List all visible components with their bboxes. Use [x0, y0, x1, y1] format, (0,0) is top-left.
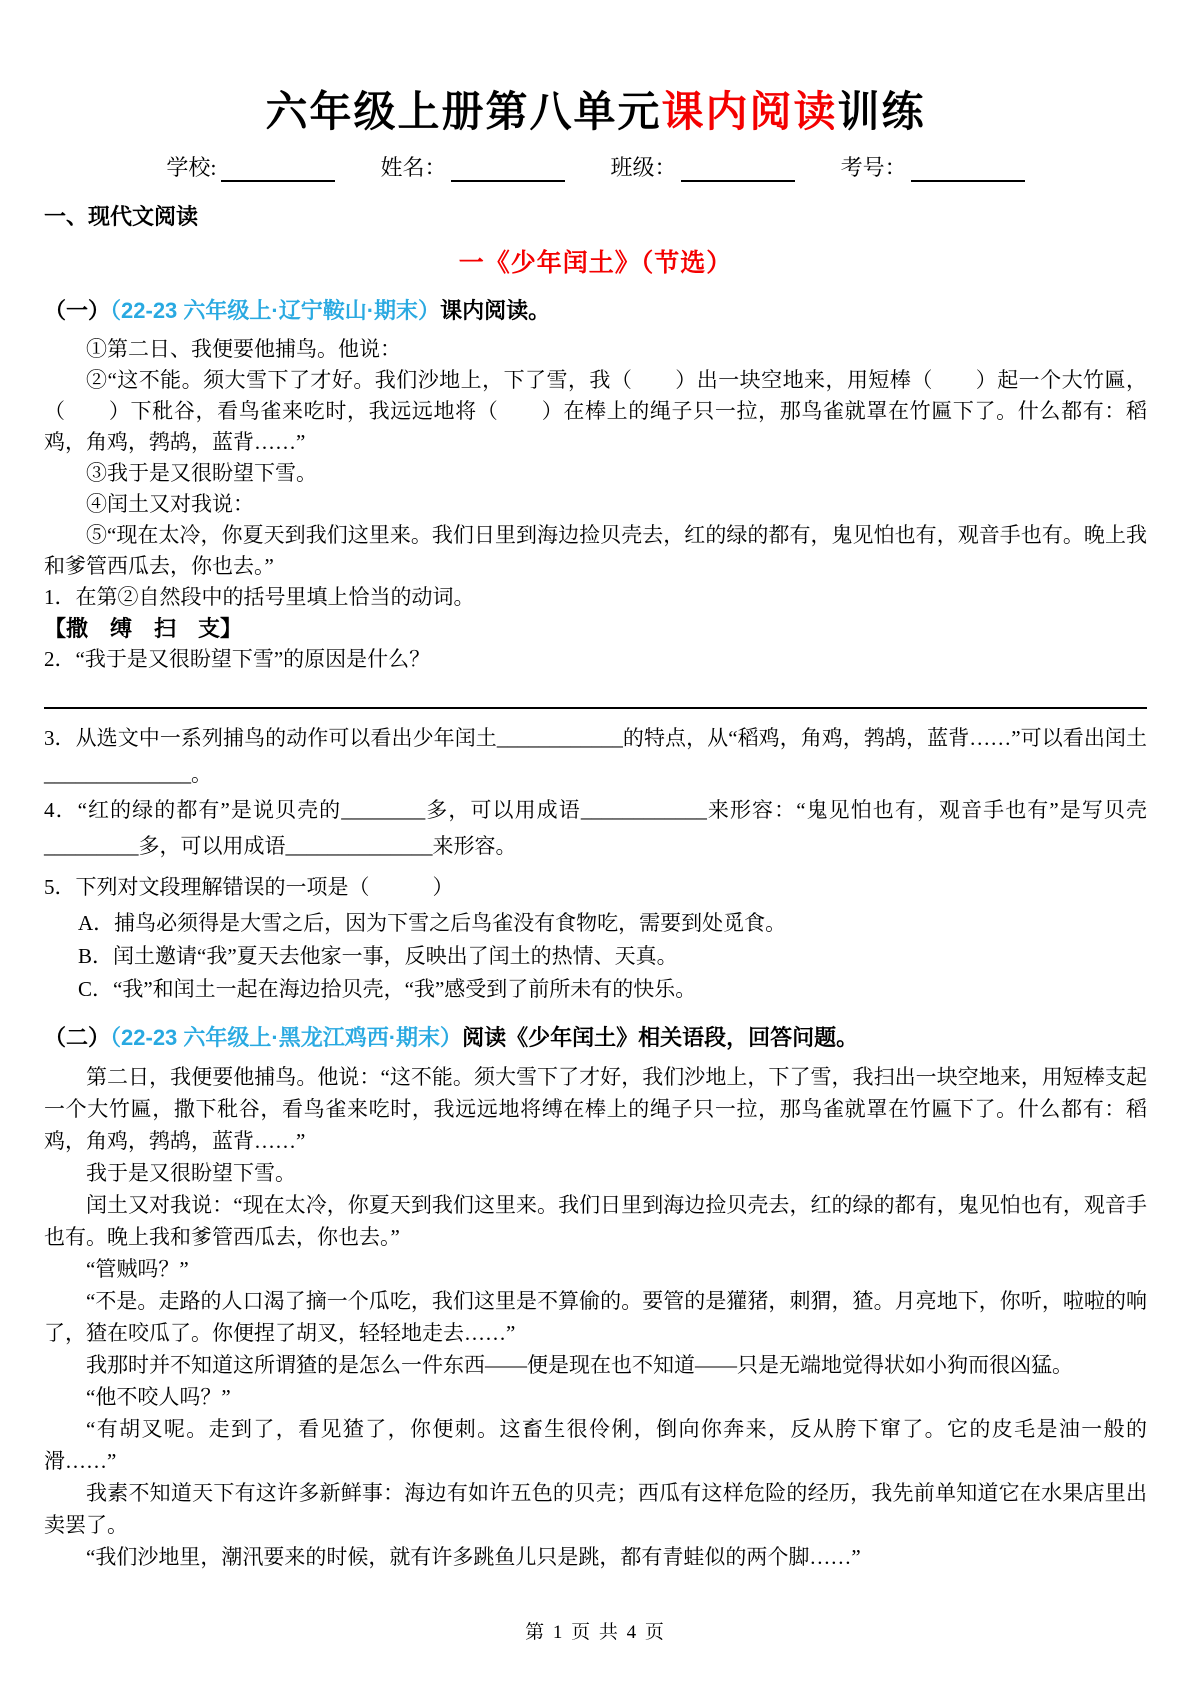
question-5: 5．下列对文段理解错误的一项是（ ） [44, 872, 1147, 903]
part2-header: （二）（22-23 六年级上·黑龙江鸡西·期末）阅读《少年闰土》相关语段，回答问… [44, 1021, 1147, 1052]
page-title-highlight: 课内阅读 [661, 88, 837, 135]
passage-paragraph: ④闰土又对我说： [44, 489, 1147, 520]
page-title-prefix: 六年级上册第八单元 [265, 88, 661, 135]
school-field: 学校: [166, 151, 334, 182]
passage-paragraph: 我那时并不知道这所谓猹的是怎么一件东西——便是现在也不知道——只是无端地觉得状如… [44, 1349, 1147, 1381]
answer-line [44, 707, 1147, 709]
passage-paragraph: “有胡叉呢。走到了，看见猹了，你便刺。这畜生很伶俐，倒向你奔来，反从胯下窜了。它… [44, 1413, 1147, 1477]
passage-paragraph: ③我于是又很盼望下雪。 [44, 458, 1147, 489]
passage-paragraph: “不是。走路的人口渴了摘一个瓜吃，我们这里是不算偷的。要管的是獾猪，刺猬，猹。月… [44, 1285, 1147, 1349]
name-blank [451, 156, 565, 182]
passage-subtitle: 一《少年闰土》（节选） [44, 243, 1147, 279]
passage-paragraph: ①第二日、我便要他捕鸟。他说： [44, 334, 1147, 365]
page-title: 六年级上册第八单元课内阅读训练 [44, 86, 1147, 139]
passage-paragraph: 我于是又很盼望下雪。 [44, 1157, 1147, 1189]
passage-paragraph: “他不咬人吗？” [44, 1381, 1147, 1413]
part1-title: 课内阅读。 [440, 298, 550, 323]
passage-paragraph: “我们沙地里，潮汛要来的时候，就有许多跳鱼儿只是跳，都有青蛙似的两个脚……” [44, 1541, 1147, 1573]
class-blank [681, 156, 795, 182]
page-footer: 第 1 页 共 4 页 [0, 1617, 1191, 1644]
passage-paragraph: ②“这不能。须大雪下了才好。我们沙地上，下了雪，我（ ）出一块空地来，用短棒（ … [44, 365, 1147, 458]
passage-paragraph: “管贼吗？” [44, 1253, 1147, 1285]
passage-paragraph: ⑤“现在太冷，你夏天到我们这里来。我们日里到海边捡贝壳去，红的绿的都有，鬼见怕也… [44, 520, 1147, 582]
school-label: 学校: [166, 151, 216, 182]
section-heading: 一、现代文阅读 [44, 200, 1147, 231]
option-a: A．捕鸟必须得是大雪之后，因为下雪之后鸟雀没有食物吃，需要到处觅食。 [78, 907, 1147, 940]
student-info-row: 学校: 姓名： 班级： 考号： [44, 151, 1147, 182]
exam-number-blank [911, 156, 1025, 182]
page-title-suffix: 训练 [838, 88, 926, 135]
name-field: 姓名： [381, 151, 565, 182]
part2-passage: 第二日，我便要他捕鸟。他说：“这不能。须大雪下了才好，我们沙地上，下了雪，我扫出… [44, 1061, 1147, 1573]
exam-page: 六年级上册第八单元课内阅读训练 学校: 姓名： 班级： 考号： 一、现代文阅读 … [0, 0, 1191, 1573]
exam-number-field: 考号： [841, 151, 1025, 182]
name-label: 姓名： [381, 151, 447, 182]
option-c: C．“我”和闰土一起在海边拾贝壳，“我”感受到了前所未有的快乐。 [78, 973, 1147, 1006]
school-blank [221, 156, 335, 182]
part1-header: （一）（22-23 六年级上·辽宁鞍山·期末）课内阅读。 [44, 294, 1147, 325]
part2-source-tag: （22-23 六年级上·黑龙江鸡西·期末） [110, 1025, 462, 1050]
word-bank: 【撒 缚 扫 支】 [44, 613, 1147, 644]
part1-label: （一） [44, 298, 110, 323]
part1-source-tag: （22-23 六年级上·辽宁鞍山·期末） [110, 298, 440, 323]
passage-paragraph: 我素不知道天下有这许多新鲜事：海边有如许五色的贝壳；西瓜有这样危险的经历，我先前… [44, 1477, 1147, 1541]
class-label: 班级： [611, 151, 677, 182]
class-field: 班级： [611, 151, 795, 182]
part2-label: （二） [44, 1025, 110, 1050]
exam-number-label: 考号： [841, 151, 907, 182]
passage-paragraph: 闰土又对我说：“现在太冷，你夏天到我们这里来。我们日里到海边捡贝壳去，红的绿的都… [44, 1189, 1147, 1253]
passage-paragraph: 第二日，我便要他捕鸟。他说：“这不能。须大雪下了才好，我们沙地上，下了雪，我扫出… [44, 1061, 1147, 1157]
option-b: B．闰土邀请“我”夏天去他家一事，反映出了闰土的热情、天真。 [78, 940, 1147, 973]
part2-title: 阅读《少年闰土》相关语段，回答问题。 [462, 1025, 858, 1050]
question-2: 2．“我于是又很盼望下雪”的原因是什么？ [44, 644, 1147, 675]
part1-passage: ①第二日、我便要他捕鸟。他说： ②“这不能。须大雪下了才好。我们沙地上，下了雪，… [44, 334, 1147, 582]
question-3: 3．从选文中一系列捕鸟的动作可以看出少年闰土____________的特点，从“… [44, 720, 1147, 792]
question-1: 1．在第②自然段中的括号里填上恰当的动词。 [44, 582, 1147, 613]
question-4: 4．“红的绿的都有”是说贝壳的________多，可以用成语__________… [44, 792, 1147, 864]
question-5-options: A．捕鸟必须得是大雪之后，因为下雪之后鸟雀没有食物吃，需要到处觅食。 B．闰土邀… [44, 907, 1147, 1006]
